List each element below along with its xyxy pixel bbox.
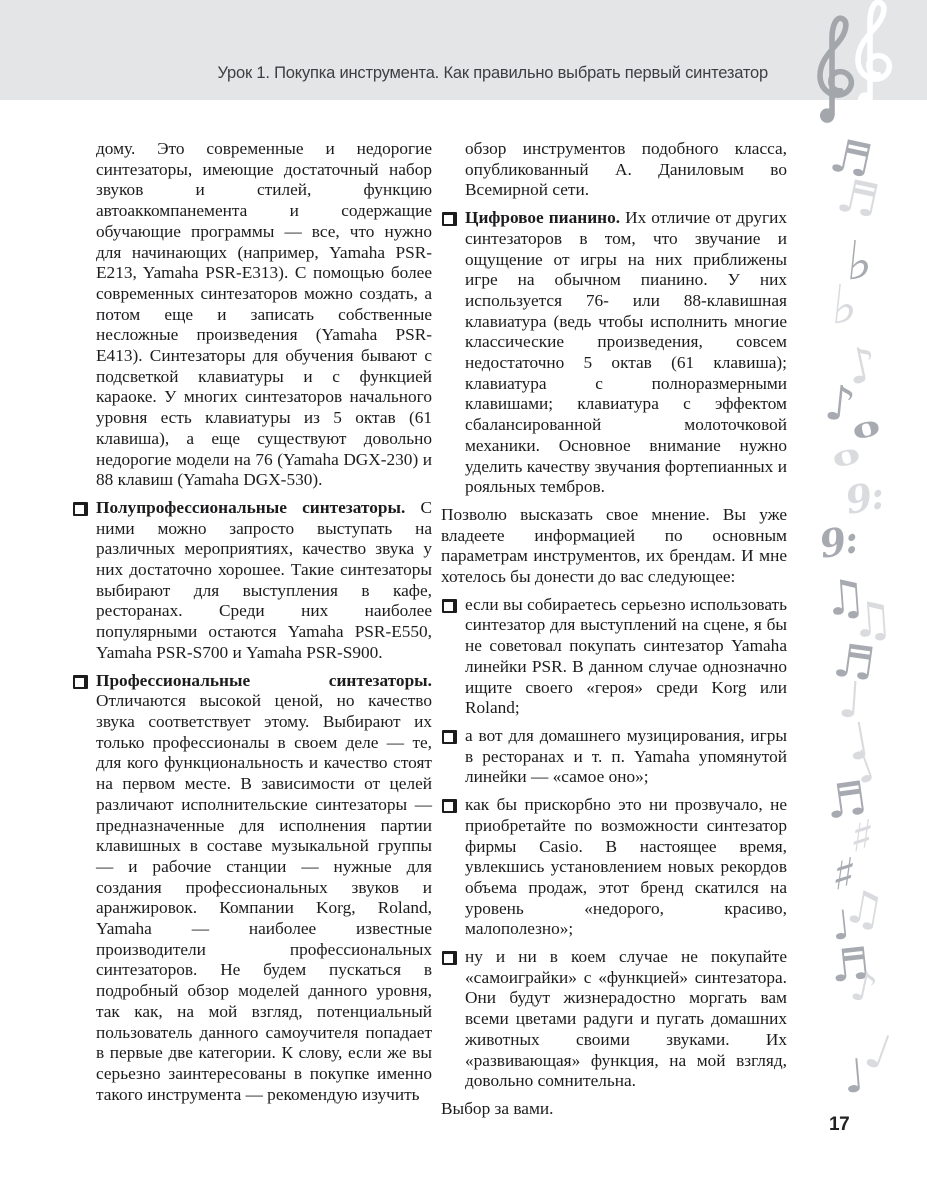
bullet-lead: Цифровое пианино.: [465, 208, 625, 227]
paragraph-text: как бы прискорбно это ни прозвучало, не …: [465, 795, 787, 938]
left-column: дому. Это современные и недорогие синтез…: [72, 139, 432, 1112]
paragraph-text: обзор инструментов подобного класса, опу…: [465, 139, 787, 199]
bullet-paragraph: ну и ни в коем случае не покупайте «само…: [441, 947, 787, 1092]
paragraph-text: Выбор за вами.: [441, 1099, 553, 1118]
paragraph-text: а вот для домашнего музицирования, игры …: [465, 726, 787, 786]
paragraph: обзор инструментов подобного класса, опу…: [441, 139, 787, 201]
paragraph-text: С ними можно запросто выступать на разли…: [96, 498, 432, 662]
paragraph-text: Их отличие от других синтезаторов в том,…: [465, 208, 787, 496]
quarter-note-icon: ♩: [859, 1026, 897, 1079]
bass-clef-icon: 9:: [817, 520, 860, 564]
bullet-paragraph: Профессиональные синтезаторы. Отличаются…: [72, 671, 432, 1106]
page-header-title: Урок 1. Покупка инструмента. Как правиль…: [218, 64, 769, 83]
bullet-paragraph: Цифровое пианино. Их отличие от других с…: [441, 208, 787, 498]
bullet-lead: Профессиональные синтезаторы.: [96, 671, 432, 690]
header-band: [0, 0, 927, 100]
bass-clef-icon: 9:: [843, 476, 886, 520]
treble-clef-gray-icon: [820, 18, 851, 123]
paragraph-text: дому. Это современные и недорогие синтез…: [96, 139, 432, 489]
checkbox-bullet-icon: [442, 730, 457, 744]
checkbox-bullet-icon: [73, 675, 88, 689]
flat-sign-icon: ♭: [830, 278, 861, 334]
checkbox-bullet-icon: [442, 599, 457, 613]
right-column: обзор инструментов подобного класса, опу…: [441, 139, 787, 1127]
paragraph-text: Отличаются высокой ценой, но качество зв…: [96, 691, 432, 1103]
bullet-paragraph: как бы прискорбно это ни прозвучало, не …: [441, 795, 787, 940]
paragraph: дому. Это современные и недорогие синтез…: [72, 139, 432, 491]
quarter-note-icon: ♩: [841, 1052, 867, 1100]
paragraph-text: если вы собираетесь серьезно использоват…: [465, 595, 787, 718]
paragraph-text: ну и ни в коем случае не покупайте «само…: [465, 947, 787, 1090]
treble-clef-white-icon: [858, 2, 889, 107]
checkbox-bullet-icon: [73, 502, 88, 516]
checkbox-bullet-icon: [442, 212, 457, 226]
page-number: 17: [829, 1114, 849, 1136]
checkbox-bullet-icon: [442, 951, 457, 965]
paragraph: Выбор за вами.: [441, 1099, 787, 1120]
bullet-paragraph: если вы собираетесь серьезно использоват…: [441, 595, 787, 719]
beamed-sixteenth-notes-icon: ♬: [833, 171, 883, 225]
bullet-paragraph: а вот для домашнего музицирования, игры …: [441, 726, 787, 788]
paragraph: Позволю высказать свое мнение. Вы уже вл…: [441, 505, 787, 588]
paragraph-text: Позволю высказать свое мнение. Вы уже вл…: [441, 505, 787, 586]
bullet-paragraph: Полупрофессиональные синтезаторы. С ними…: [72, 498, 432, 664]
bullet-lead: Полупрофессиональные синтезаторы.: [96, 498, 420, 517]
checkbox-bullet-icon: [442, 799, 457, 813]
